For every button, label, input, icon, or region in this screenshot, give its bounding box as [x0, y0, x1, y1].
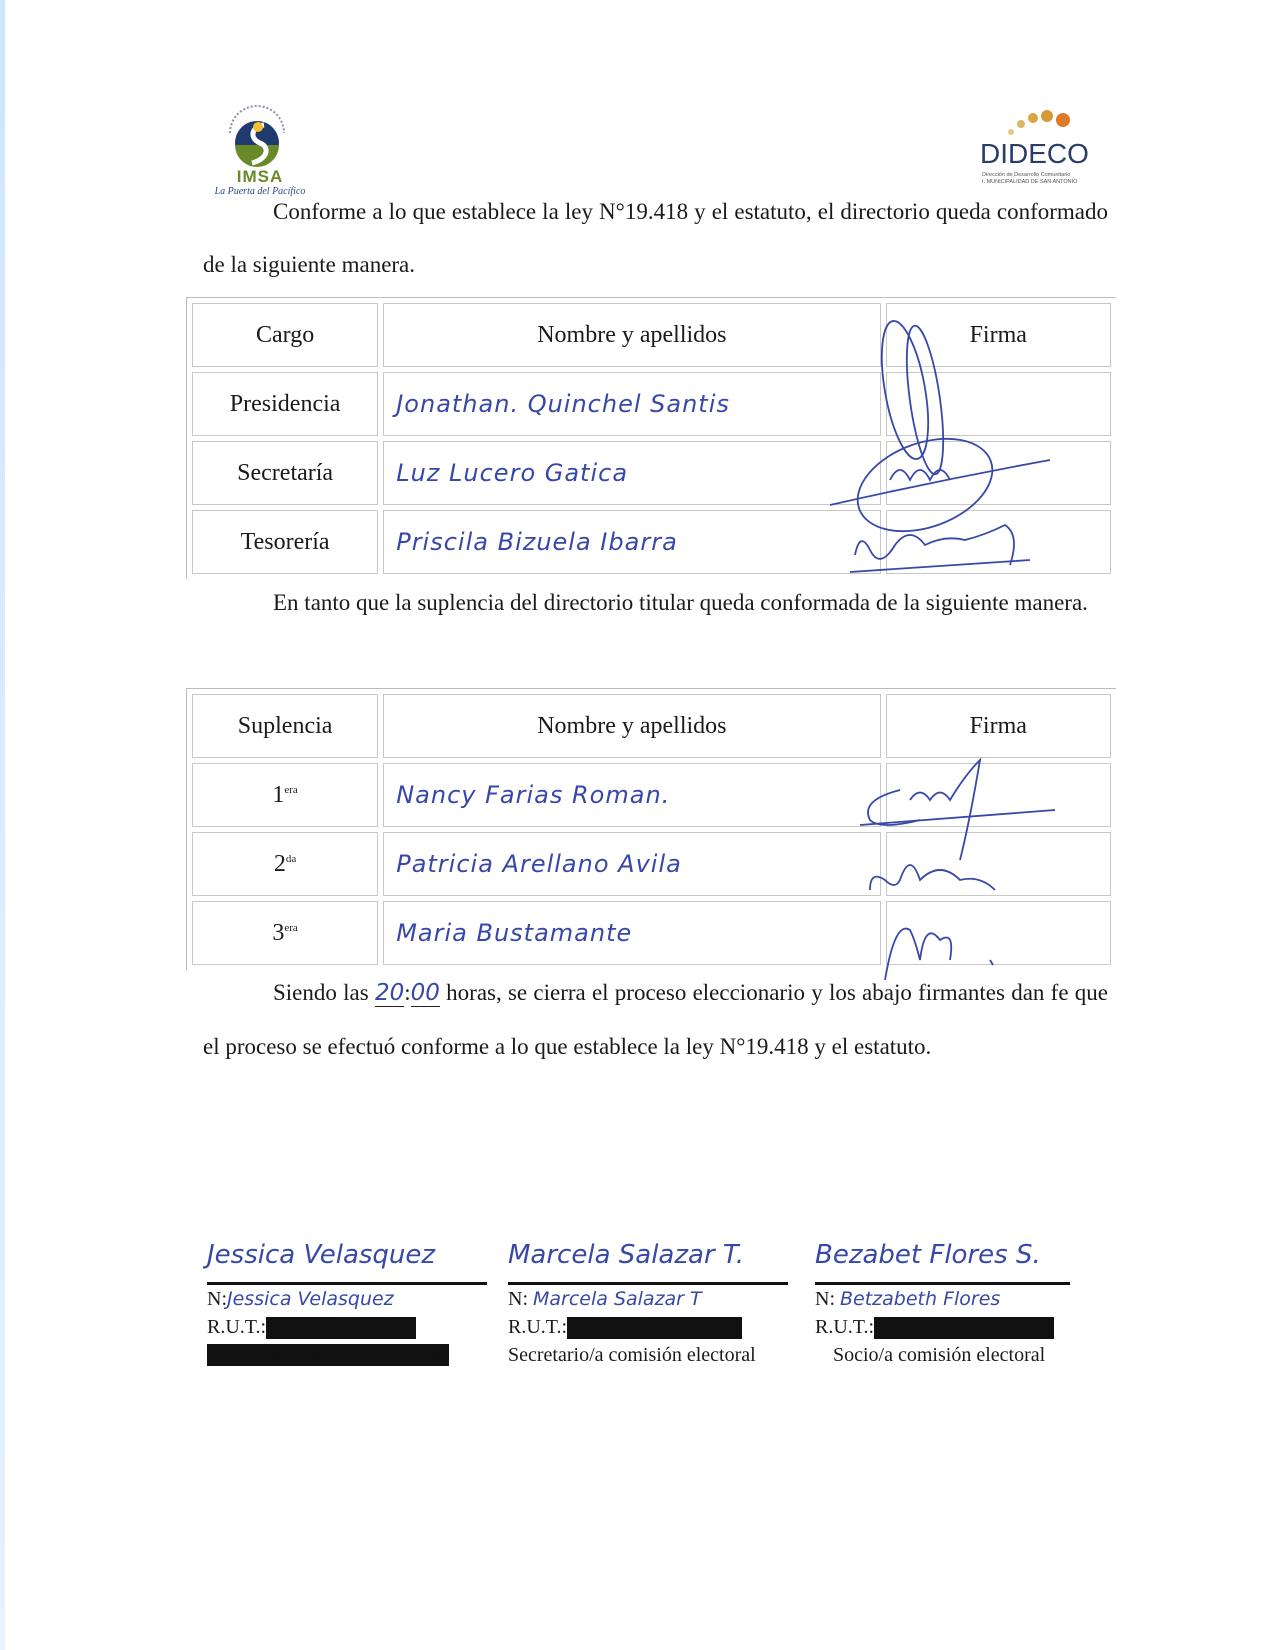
nombre-cell: Patricia Arellano Avila: [383, 832, 880, 896]
scan-edge: [0, 0, 5, 1650]
redacted-word: electoral: [378, 1344, 447, 1366]
name-value: Betzabeth Flores: [840, 1288, 1000, 1310]
role-label: Socio/a comisión electoral: [815, 1341, 1070, 1369]
name-label: N:: [207, 1288, 227, 1310]
name-row: N: Marcela Salazar T: [508, 1285, 788, 1313]
table-header-row: Cargo Nombre y apellidos Firma: [192, 303, 1111, 367]
firma-cell: [886, 763, 1112, 827]
ordinal-suffix: da: [286, 853, 296, 865]
dideco-subtitle: Dirección de Desarrollo Comunitario I. M…: [982, 172, 1107, 186]
table-row: Presidencia Jonathan. Quinchel Santis: [192, 372, 1111, 436]
rut-redacted: [266, 1317, 416, 1339]
ordinal-suffix: era: [284, 922, 297, 934]
rut-row: R.U.T.:: [207, 1313, 487, 1341]
header-suplencia: Suplencia: [192, 694, 378, 758]
cargo-cell: Presidencia: [192, 372, 378, 436]
table-row: 2da Patricia Arellano Avila: [192, 832, 1111, 896]
cargo-cell: Secretaría: [192, 441, 378, 505]
name-value: Jessica Velasquez: [227, 1288, 394, 1310]
nombre-cell: Nancy Farias Roman.: [383, 763, 880, 827]
nombre-cell: Maria Bustamante: [383, 901, 880, 965]
paragraph-text: En tanto que la suplencia del directorio…: [273, 590, 1088, 615]
cargo-cell: Tesorería: [192, 510, 378, 574]
ordinal-number: 3: [272, 920, 284, 946]
dideco-wordmark: DIDECO: [980, 138, 1089, 170]
rut-label: R.U.T.:: [508, 1316, 567, 1338]
signature-scribble: Marcela Salazar T.: [508, 1240, 788, 1282]
name-value: Marcela Salazar T: [533, 1288, 702, 1310]
signature-scribble: Bezabet Flores S.: [815, 1240, 1070, 1282]
ordinal-number: 1: [272, 782, 284, 808]
signature-block-socio: Bezabet Flores S. N: Betzabeth Flores R.…: [815, 1240, 1070, 1369]
rut-redacted: [874, 1317, 1054, 1339]
signature-scribble: Jessica Velasquez: [207, 1240, 487, 1282]
redacted-word: Presidente: [207, 1344, 290, 1366]
suplencia-table: Suplencia Nombre y apellidos Firma 1era …: [186, 688, 1116, 970]
table-row: 1era Nancy Farias Roman.: [192, 763, 1111, 827]
table-row: Tesorería Priscila Bizuela Ibarra: [192, 510, 1111, 574]
name-row: N: Betzabeth Flores: [815, 1285, 1070, 1313]
header-nombre: Nombre y apellidos: [383, 303, 880, 367]
cierre-text-before: Siendo las: [273, 980, 369, 1005]
dideco-logo: DIDECO Dirección de Desarrollo Comunitar…: [980, 110, 1110, 190]
dideco-dots-icon: [1005, 110, 1085, 140]
time-separator: :: [404, 980, 410, 1005]
rut-label: R.U.T.:: [207, 1316, 266, 1338]
ordinal-number: 2: [274, 851, 286, 877]
table-row: 3era Maria Bustamante: [192, 901, 1111, 965]
paragraph-directorio-intro: Conforme a lo que establece la ley N°19.…: [203, 185, 1108, 291]
rut-row: R.U.T.:: [815, 1313, 1070, 1341]
role-label: Secretario/a comisión electoral: [508, 1341, 788, 1369]
suplencia-number-cell: 3era: [192, 901, 378, 965]
rut-redacted: [567, 1317, 742, 1339]
directorio-table: Cargo Nombre y apellidos Firma Presidenc…: [186, 297, 1116, 579]
name-label: N:: [508, 1288, 528, 1310]
imsa-logo: IMSA La Puerta del Pacífico: [200, 85, 320, 195]
ordinal-suffix: era: [284, 784, 297, 796]
paragraph-cierre: Siendo las 20:00 horas, se cierra el pro…: [203, 966, 1108, 1073]
table-header-row: Suplencia Nombre y apellidos Firma: [192, 694, 1111, 758]
nombre-cell: Jonathan. Quinchel Santis: [383, 372, 880, 436]
redacted-word: comisión: [297, 1344, 370, 1366]
minute-field: 00: [411, 980, 440, 1007]
firma-cell: [886, 372, 1112, 436]
nombre-cell: Luz Lucero Gatica: [383, 441, 880, 505]
rut-row: R.U.T.:: [508, 1313, 788, 1341]
dideco-subtitle-line1: Dirección de Desarrollo Comunitario: [982, 172, 1107, 179]
firma-cell: [886, 901, 1112, 965]
hour-field: 20: [375, 980, 404, 1007]
suplencia-number-cell: 2da: [192, 832, 378, 896]
nombre-cell: Priscila Bizuela Ibarra: [383, 510, 880, 574]
signature-block-secretario: Marcela Salazar T. N: Marcela Salazar T …: [508, 1240, 788, 1369]
name-row: N:Jessica Velasquez: [207, 1285, 487, 1313]
header-firma: Firma: [886, 694, 1112, 758]
header-firma: Firma: [886, 303, 1112, 367]
role-label-redacted: Presidente comisión electoral: [207, 1341, 487, 1369]
role-text: Presidente comisión electoral: [207, 1344, 449, 1366]
table-row: Secretaría Luz Lucero Gatica: [192, 441, 1111, 505]
rut-label: R.U.T.:: [815, 1316, 874, 1338]
name-label: N:: [815, 1288, 835, 1310]
paragraph-text: Conforme a lo que establece la ley N°19.…: [203, 199, 1108, 277]
imsa-emblem-icon: [222, 103, 292, 173]
firma-cell: [886, 510, 1112, 574]
firma-cell: [886, 441, 1112, 505]
signature-block-presidente: Jessica Velasquez N:Jessica Velasquez R.…: [207, 1240, 487, 1369]
paragraph-suplencia-intro: En tanto que la suplencia del directorio…: [203, 576, 1108, 629]
header-cargo: Cargo: [192, 303, 378, 367]
imsa-title: IMSA: [200, 167, 320, 187]
suplencia-number-cell: 1era: [192, 763, 378, 827]
firma-cell: [886, 832, 1112, 896]
header-nombre: Nombre y apellidos: [383, 694, 880, 758]
